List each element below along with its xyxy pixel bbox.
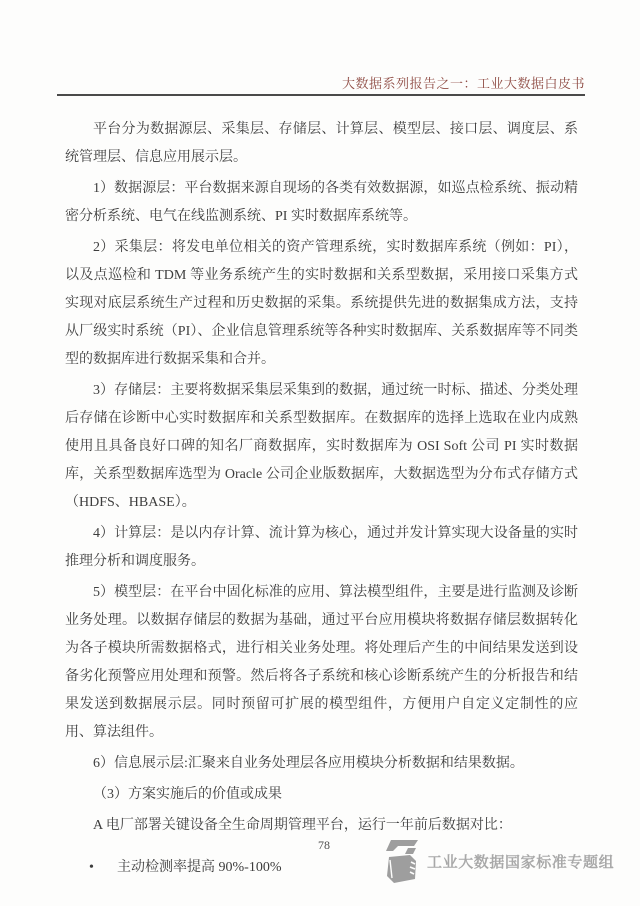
running-header-title: 大数据系列报告之一：工业大数据白皮书: [57, 73, 585, 92]
paragraph-display-layer: 6）信息展示层:汇聚来自业务处理层各应用模块分析数据和结果数据。: [65, 750, 578, 778]
document-page: 大数据系列报告之一：工业大数据白皮书 平台分为数据源层、采集层、存储层、计算层、…: [0, 0, 640, 906]
paragraph-model-layer: 5）模型层：在平台中固化标准的应用、算法模型组件，主要是进行监测及诊断业务处理。…: [65, 579, 578, 747]
stacked-books-logo-icon: [382, 838, 419, 885]
bullet-icon: •: [89, 854, 117, 882]
paragraph-platform-layers: 平台分为数据源层、采集层、存储层、计算层、模型层、接口层、调度层、系统管理层、信…: [65, 116, 578, 172]
header-rule: [57, 94, 585, 96]
paragraph-computing-layer: 4）计算层：是以内存计算、流计算为核心，通过并发计算实现大设备量的实时推理分析和…: [65, 520, 578, 576]
footer-logo-text: 工业大数据国家标准专题组: [427, 851, 614, 872]
page-body: 平台分为数据源层、采集层、存储层、计算层、模型层、接口层、调度层、系统管理层、信…: [65, 116, 578, 882]
paragraph-plant-comparison: A 电厂部署关键设备全生命周期管理平台，运行一年前后数据对比：: [65, 812, 578, 840]
section-heading-results: （3）方案实施后的价值或成果: [65, 781, 578, 809]
footer-logo: 工业大数据国家标准专题组: [382, 838, 614, 885]
page-number: 78: [318, 838, 330, 853]
paragraph-storage-layer: 3）存储层：主要将数据采集层采集到的数据，通过统一时标、描述、分类处理后存储在诊…: [65, 377, 578, 517]
paragraph-data-source-layer: 1）数据源层：平台数据来源自现场的各类有效数据源，如巡点检系统、振动精密分析系统…: [65, 175, 578, 231]
paragraph-collection-layer: 2）采集层：将发电单位相关的资产管理系统，实时数据库系统（例如：PI），以及点巡…: [65, 234, 578, 374]
